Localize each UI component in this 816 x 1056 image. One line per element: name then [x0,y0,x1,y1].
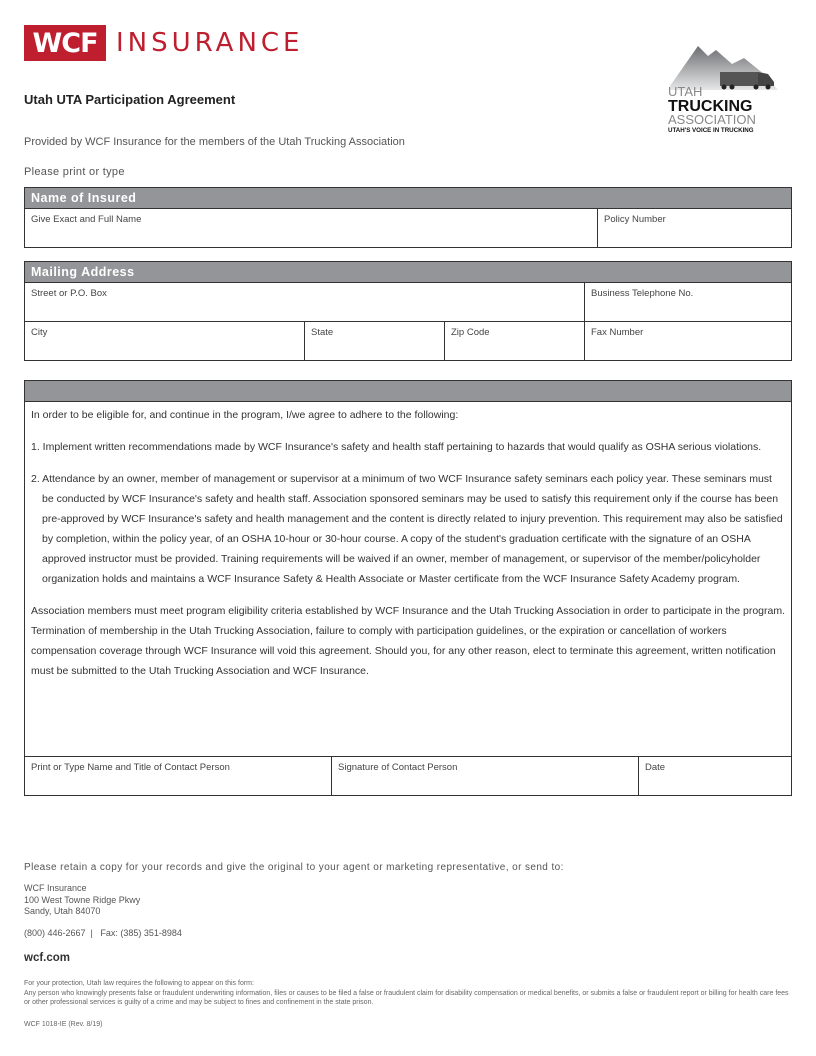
agreement-closing: Association members must meet program el… [31,601,785,681]
legal-intro: For your protection, Utah law requires t… [24,979,794,989]
policy-number-field[interactable]: Policy Number [598,209,791,247]
agreement-item: 2. Attendance by an owner, member of man… [31,469,785,589]
address-line: WCF Insurance [24,883,140,895]
svg-text:UTAH'S VOICE IN TRUCKING: UTAH'S VOICE IN TRUCKING [668,127,754,134]
agreement-item: 1. Implement written recommendations mad… [31,437,785,457]
form-number: WCF 1018-IE (Rev. 8/19) [24,1021,102,1028]
legal-text: Any person who knowingly presents false … [24,989,794,1008]
website-link[interactable]: wcf.com [24,952,70,964]
svg-text:ASSOCIATION: ASSOCIATION [668,112,756,127]
address-line: Sandy, Utah 84070 [24,906,140,918]
date-field[interactable]: Date [639,757,791,795]
page-title: Utah UTA Participation Agreement [24,92,235,107]
agreement-section: In order to be eligible for, and continu… [24,380,792,796]
contact-name-title-field[interactable]: Print or Type Name and Title of Contact … [25,757,332,795]
business-telephone-field[interactable]: Business Telephone No. [585,283,791,321]
mountain-truck-icon: UTAH TRUCKING ASSOCIATION UTAH'S VOICE I… [660,38,790,138]
subtitle: Provided by WCF Insurance for the member… [24,136,405,148]
street-field[interactable]: Street or P.O. Box [25,283,585,321]
full-name-field[interactable]: Give Exact and Full Name [25,209,598,247]
legal-notice: For your protection, Utah law requires t… [24,979,794,1008]
wcf-insurance-logo: WCF INSURANCE [24,25,303,61]
print-note: Please print or type [24,166,125,178]
mailing-address-section: Mailing Address Street or P.O. Box Busin… [24,261,792,361]
utah-trucking-association-logo: UTAH TRUCKING ASSOCIATION UTAH'S VOICE I… [660,38,790,138]
retain-note: Please retain a copy for your records an… [24,862,564,873]
address-line: 100 West Towne Ridge Pkwy [24,895,140,907]
agreement-body: In order to be eligible for, and continu… [25,402,791,756]
fax-number-field[interactable]: Fax Number [585,322,791,360]
phone-fax: (800) 446-2667 | Fax: (385) 351-8984 [24,928,182,938]
agreement-intro: In order to be eligible for, and continu… [31,405,785,425]
section-heading [25,381,791,402]
svg-text:UTAH: UTAH [668,84,702,99]
mailing-address-block: WCF Insurance 100 West Towne Ridge Pkwy … [24,883,140,918]
city-field[interactable]: City [25,322,305,360]
signature-field[interactable]: Signature of Contact Person [332,757,639,795]
wcf-logo-box: WCF [24,25,106,61]
zip-code-field[interactable]: Zip Code [445,322,585,360]
wcf-logo-word: INSURANCE [116,28,303,58]
state-field[interactable]: State [305,322,445,360]
section-heading: Name of Insured [25,188,791,209]
section-heading: Mailing Address [25,262,791,283]
name-of-insured-section: Name of Insured Give Exact and Full Name… [24,187,792,248]
